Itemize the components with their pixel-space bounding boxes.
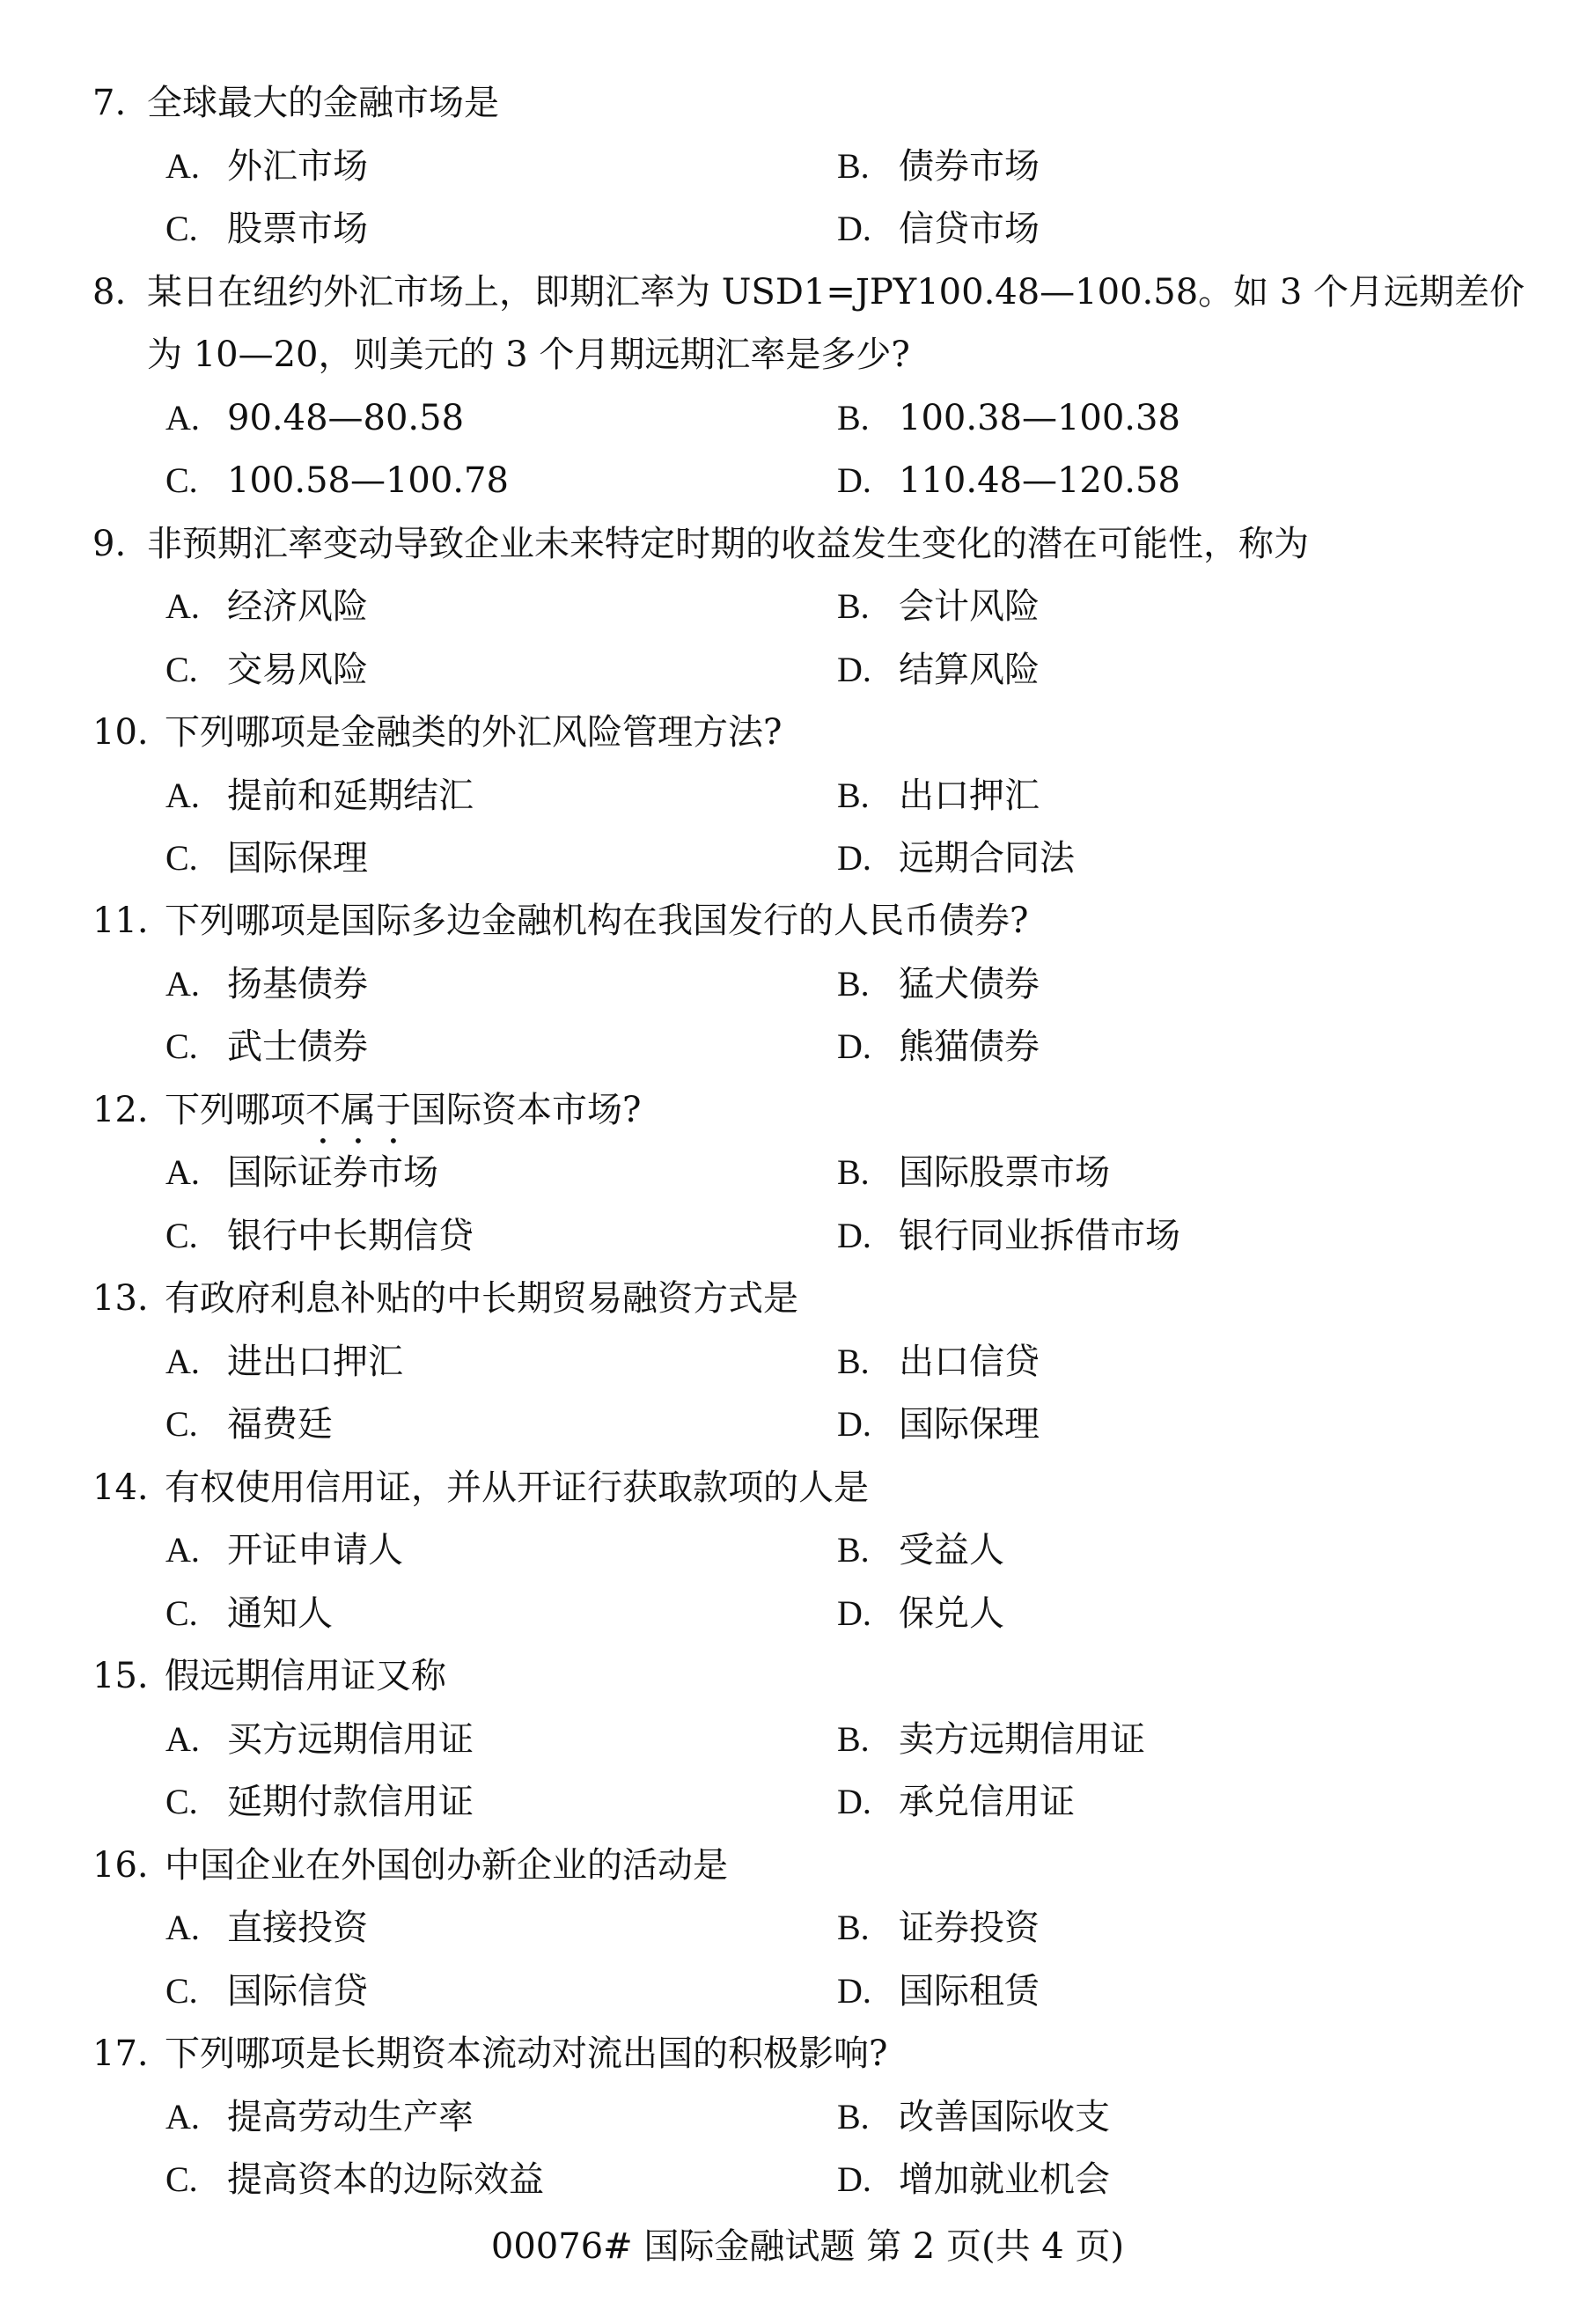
option-d: D.熊猫债券: [837, 1026, 1040, 1068]
question-text: 有权使用信用证，并从开证行获取款项的人是: [165, 1467, 869, 1508]
option-a: A.国际证券市场: [165, 1151, 438, 1194]
option-b: B.猛犬债券: [837, 963, 1040, 1005]
question-number: 12.: [92, 1089, 165, 1131]
question-number: 15.: [92, 1655, 165, 1697]
option-a: A.买方远期信用证: [165, 1718, 474, 1761]
option-c: C.国际信贷: [165, 1970, 368, 2012]
option-b: B.出口押汇: [837, 775, 1040, 817]
option-c: C.提高资本的边际效益: [165, 2159, 544, 2201]
option-c: C.延期付款信用证: [165, 1781, 474, 1823]
option-b: B.会计风险: [837, 585, 1040, 628]
option-a: A.提前和延期结汇: [165, 775, 474, 817]
option-d: D.结算风险: [837, 649, 1040, 691]
option-b: B.改善国际收支: [837, 2096, 1110, 2138]
option-d: D.保兑人: [837, 1592, 1004, 1635]
question-text: 下列哪项是长期资本流动对流出国的积极影响?: [165, 2033, 887, 2074]
question-15: 15.假远期信用证又称: [92, 1655, 446, 1697]
question-11: 11.下列哪项是国际多边金融机构在我国发行的人民币债券?: [92, 900, 1028, 942]
question-text: 有政府利息补贴的中长期贸易融资方式是: [165, 1278, 798, 1319]
page-footer: 00076# 国际金融试题 第 2 页(共 4 页): [0, 2225, 1580, 2268]
option-d: D.增加就业机会: [837, 2159, 1110, 2201]
question-number: 14.: [92, 1467, 165, 1509]
option-b: B.出口信贷: [837, 1341, 1040, 1383]
question-number: 7.: [92, 82, 147, 124]
option-d: D.信贷市场: [837, 208, 1040, 250]
option-b: B.国际股票市场: [837, 1151, 1110, 1194]
question-16: 16.中国企业在外国创办新企业的活动是: [92, 1844, 728, 1886]
question-8: 8.某日在纽约外汇市场上，即期汇率为 USD1=JPY100.48—100.58…: [92, 271, 1525, 313]
question-number: 16.: [92, 1844, 165, 1886]
question-10: 10.下列哪项是金融类的外汇风险管理方法?: [92, 711, 782, 754]
question-7: 7.全球最大的金融市场是: [92, 82, 499, 124]
question-12: 12.下列哪项不属于国际资本市场?: [92, 1089, 641, 1151]
question-text: 下列哪项是国际多边金融机构在我国发行的人民币债券?: [165, 901, 1028, 941]
option-b: B.证券投资: [837, 1907, 1040, 1949]
question-text: 假远期信用证又称: [165, 1656, 446, 1696]
option-b: B.卖方远期信用证: [837, 1718, 1145, 1761]
option-a: A.提高劳动生产率: [165, 2096, 474, 2138]
option-c: C.武士债券: [165, 1026, 368, 1068]
question-text-post: 国际资本市场?: [411, 1090, 641, 1130]
question-text: 全球最大的金融市场是: [147, 83, 499, 123]
question-text-continued: 为 10—20，则美元的 3 个月期远期汇率是多少?: [147, 334, 910, 376]
option-a: A.扬基债券: [165, 963, 368, 1005]
question-number: 13.: [92, 1277, 165, 1320]
option-d: D.承兑信用证: [837, 1781, 1075, 1823]
question-text: 非预期汇率变动导致企业未来特定时期的收益发生变化的潜在可能性，称为: [147, 524, 1309, 564]
option-d: D.远期合同法: [837, 837, 1075, 879]
option-c: C.通知人: [165, 1592, 333, 1635]
question-14: 14.有权使用信用证，并从开证行获取款项的人是: [92, 1467, 869, 1509]
question-number: 17.: [92, 2033, 165, 2075]
question-number: 8.: [92, 271, 147, 313]
option-c: C.国际保理: [165, 837, 368, 879]
emphasized-text: 不属于: [305, 1090, 411, 1130]
question-number: 9.: [92, 523, 147, 565]
question-13: 13.有政府利息补贴的中长期贸易融资方式是: [92, 1277, 798, 1320]
question-text-pre: 下列哪项: [165, 1090, 305, 1130]
option-b: B.受益人: [837, 1529, 1004, 1571]
option-c: C.福费廷: [165, 1403, 333, 1445]
option-c: C.股票市场: [165, 208, 368, 250]
option-a: A.直接投资: [165, 1907, 368, 1949]
option-d: D.银行同业拆借市场: [837, 1215, 1180, 1257]
option-d: D.国际保理: [837, 1403, 1040, 1445]
question-number: 11.: [92, 900, 165, 942]
option-b: B.100.38—100.38: [837, 397, 1180, 439]
option-c: C.银行中长期信贷: [165, 1215, 474, 1257]
question-text: 中国企业在外国创办新企业的活动是: [165, 1845, 728, 1886]
option-d: D.国际租赁: [837, 1970, 1040, 2012]
question-17: 17.下列哪项是长期资本流动对流出国的积极影响?: [92, 2033, 887, 2075]
exam-page: 7.全球最大的金融市场是 A.外汇市场 B.债券市场 C.股票市场 D.信贷市场…: [0, 0, 1580, 2324]
question-9: 9.非预期汇率变动导致企业未来特定时期的收益发生变化的潜在可能性，称为: [92, 523, 1309, 565]
question-text: 某日在纽约外汇市场上，即期汇率为 USD1=JPY100.48—100.58。如…: [147, 272, 1525, 313]
option-c: C.100.58—100.78: [165, 460, 509, 502]
option-d: D.110.48—120.58: [837, 460, 1180, 502]
option-b: B.债券市场: [837, 145, 1040, 188]
option-a: A.经济风险: [165, 585, 368, 628]
option-a: A.90.48—80.58: [165, 397, 464, 439]
question-number: 10.: [92, 711, 165, 754]
option-a: A.开证申请人: [165, 1529, 403, 1571]
option-c: C.交易风险: [165, 649, 368, 691]
option-a: A.进出口押汇: [165, 1341, 403, 1383]
question-text: 下列哪项是金融类的外汇风险管理方法?: [165, 712, 782, 753]
option-a: A.外汇市场: [165, 145, 368, 188]
